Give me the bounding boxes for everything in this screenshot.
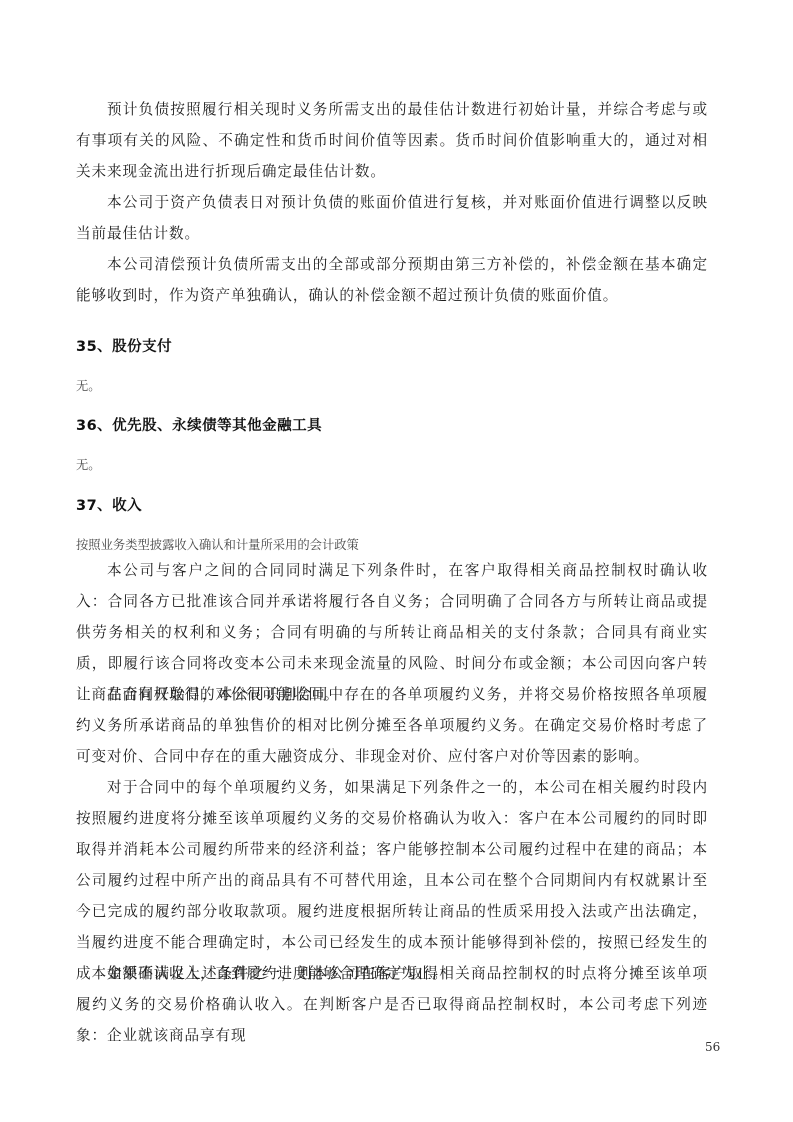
paragraph-provision-compensation: 本公司清偿预计负债所需支出的全部或部分预期由第三方补偿的，补偿金额在基本确定能够…	[76, 249, 708, 311]
paragraph-provision-measurement: 预计负债按照履行相关现时义务所需支出的最佳估计数进行初始计量，并综合考虑与或有事…	[76, 94, 708, 187]
section-heading-35: 35、股份支付	[76, 335, 172, 356]
section-body-35: 无。	[76, 376, 101, 394]
paragraph-revenue-point-in-time: 如果不满足上述条件之一，则本公司在客户取得相关商品控制权的时点将分摊至该单项履约…	[76, 958, 708, 1051]
paragraph-provision-review: 本公司于资产负债表日对预计负债的账面价值进行复核，并对账面价值进行调整以反映当前…	[76, 187, 708, 249]
section-body-36: 无。	[76, 455, 101, 473]
page-number: 56	[705, 1040, 720, 1054]
paragraph-revenue-over-time: 对于合同中的每个单项履约义务，如果满足下列条件之一的，本公司在相关履约时段内按照…	[76, 772, 708, 989]
section-heading-37: 37、收入	[76, 494, 142, 515]
section-subheading-37: 按照业务类型披露收入确认和计量所采用的会计政策	[76, 535, 359, 553]
section-heading-36: 36、优先股、永续债等其他金融工具	[76, 414, 322, 435]
paragraph-revenue-allocation: 在合同开始日，本公司识别合同中存在的各单项履约义务，并将交易价格按照各单项履约义…	[76, 679, 708, 772]
